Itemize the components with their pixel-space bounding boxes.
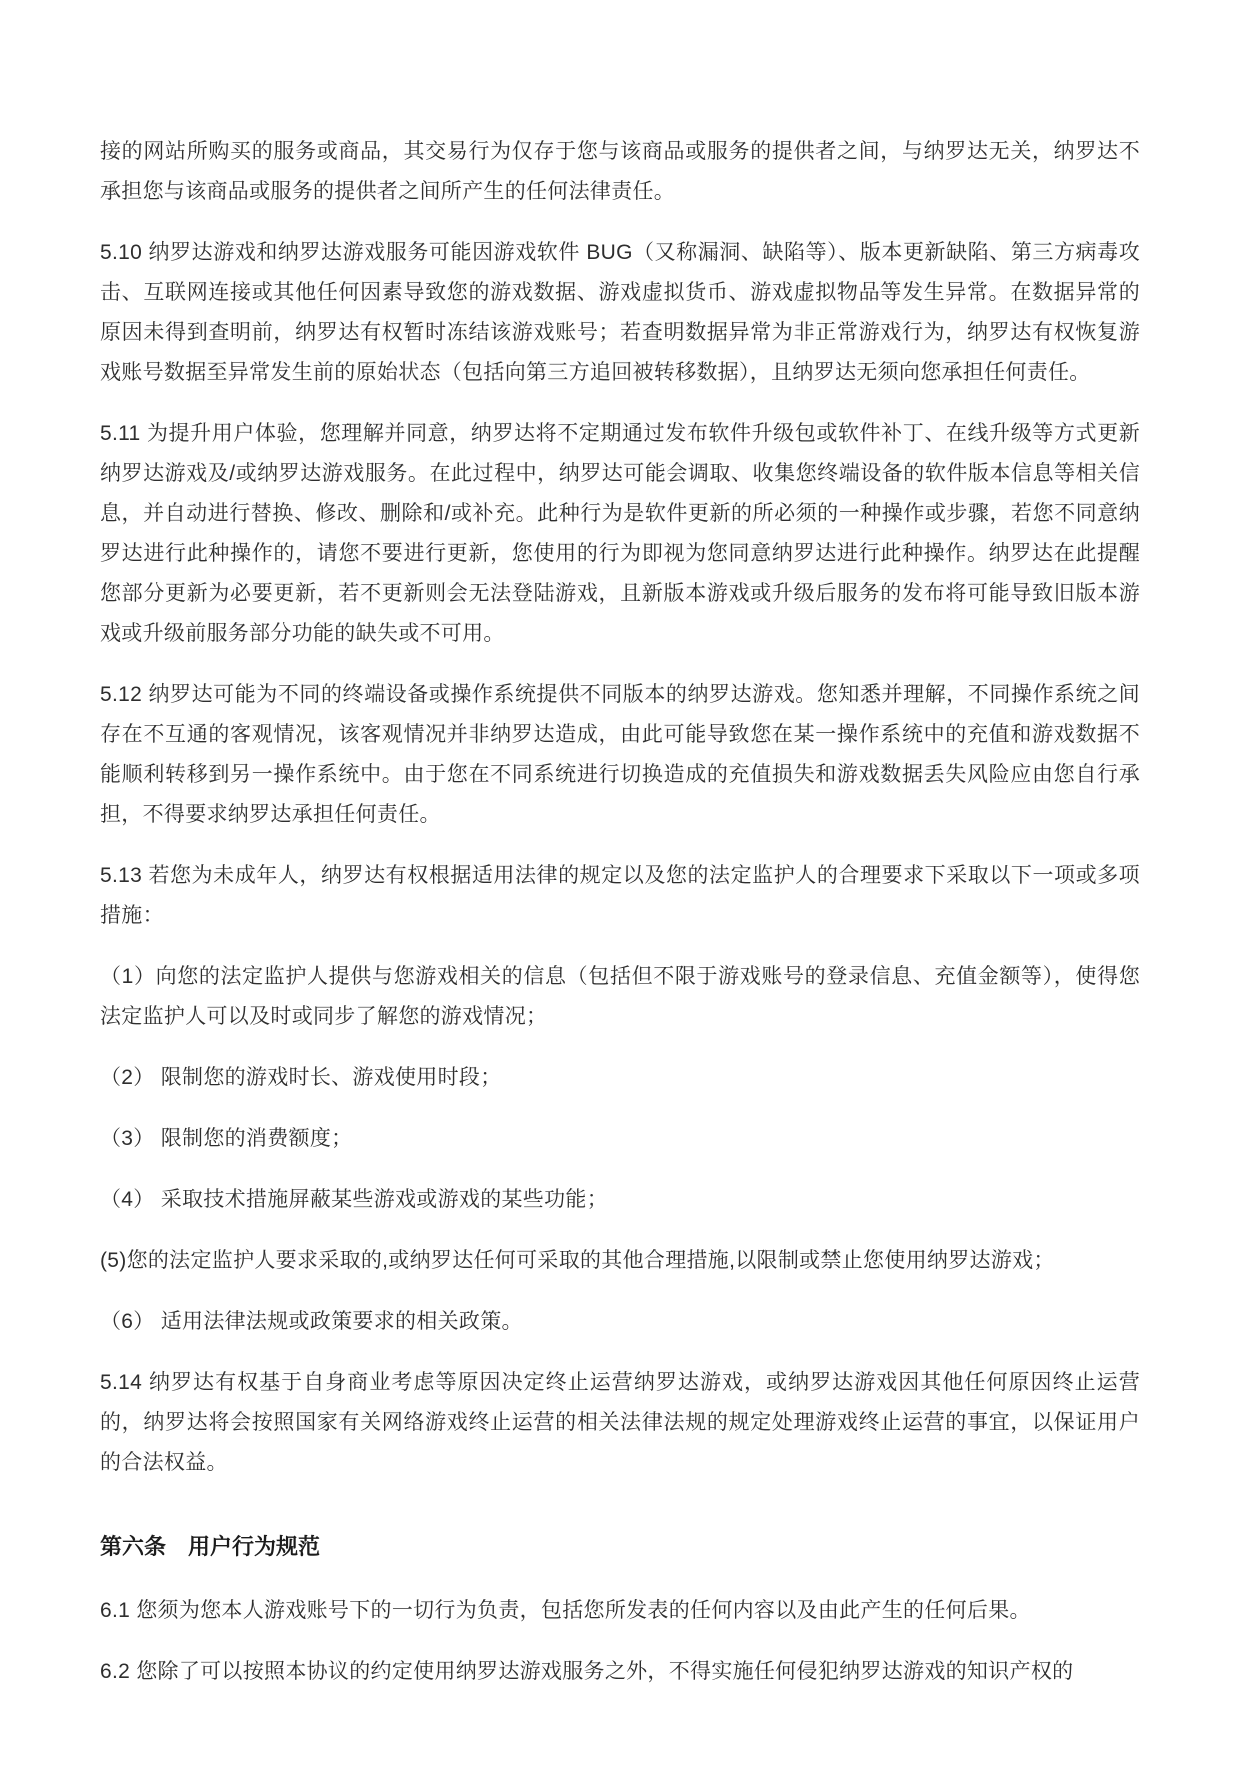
clause-5-12: 5.12 纳罗达可能为不同的终端设备或操作系统提供不同版本的纳罗达游戏。您知悉并… <box>100 675 1140 835</box>
clause-5-10: 5.10 纳罗达游戏和纳罗达游戏服务可能因游戏软件 BUG（又称漏洞、缺陷等）、… <box>100 233 1140 393</box>
clause-5-13-item-4: （4） 采取技术措施屏蔽某些游戏或游戏的某些功能； <box>100 1180 1140 1220</box>
clause-6-1: 6.1 您须为您本人游戏账号下的一切行为负责，包括您所发表的任何内容以及由此产生… <box>100 1591 1140 1631</box>
clause-5-11: 5.11 为提升用户体验，您理解并同意，纳罗达将不定期通过发布软件升级包或软件补… <box>100 414 1140 654</box>
document-body: 接的网站所购买的服务或商品，其交易行为仅存于您与该商品或服务的提供者之间，与纳罗… <box>100 132 1140 1692</box>
clause-5-13-item-6: （6） 适用法律法规或政策要求的相关政策。 <box>100 1302 1140 1342</box>
clause-5-13: 5.13 若您为未成年人，纳罗达有权根据适用法律的规定以及您的法定监护人的合理要… <box>100 856 1140 936</box>
clause-6-2: 6.2 您除了可以按照本协议的约定使用纳罗达游戏服务之外，不得实施任何侵犯纳罗达… <box>100 1652 1140 1692</box>
clause-5-13-item-2: （2） 限制您的游戏时长、游戏使用时段； <box>100 1058 1140 1098</box>
paragraph-intro-continuation: 接的网站所购买的服务或商品，其交易行为仅存于您与该商品或服务的提供者之间，与纳罗… <box>100 132 1140 212</box>
clause-5-13-item-1: （1）向您的法定监护人提供与您游戏相关的信息（包括但不限于游戏账号的登录信息、充… <box>100 957 1140 1037</box>
section-heading-article-6: 第六条 用户行为规范 <box>100 1527 1140 1567</box>
clause-5-13-item-3: （3） 限制您的消费额度； <box>100 1119 1140 1159</box>
document-page: 接的网站所购买的服务或商品，其交易行为仅存于您与该商品或服务的提供者之间，与纳罗… <box>0 0 1240 1772</box>
clause-5-14: 5.14 纳罗达有权基于自身商业考虑等原因决定终止运营纳罗达游戏，或纳罗达游戏因… <box>100 1363 1140 1483</box>
clause-5-13-item-5: (5)您的法定监护人要求采取的,或纳罗达任何可采取的其他合理措施,以限制或禁止您… <box>100 1241 1140 1281</box>
